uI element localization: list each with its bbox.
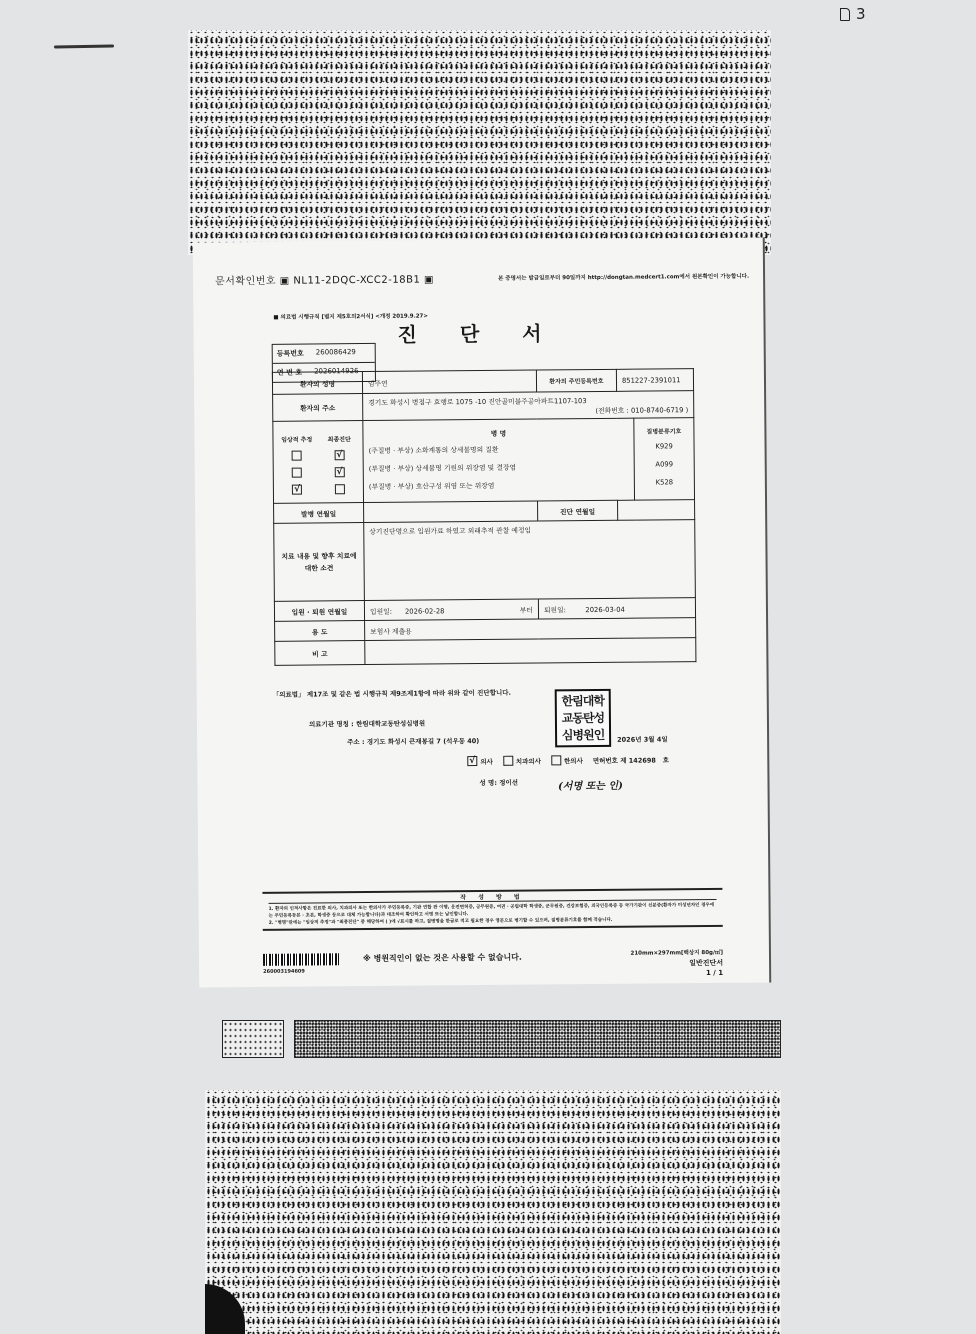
background-pattern-bottom [205, 1090, 781, 1334]
licence-line: √의사치과의사한의사 면허번호 제 142698 호 [467, 754, 669, 766]
diagnosis-item: (부질병 · 부상) 호산구성 위염 또는 위장염 [369, 474, 629, 494]
provisional-checkbox-3: √ [292, 485, 302, 495]
barcode [263, 953, 339, 966]
patient-address-label: 환자의 주소 [273, 394, 363, 422]
document-confirm-id: 문서확인번호 ▣ NL11-2DQC-XCC2-18B1 ▣ [215, 270, 434, 287]
diagnosis-code: K528 [640, 473, 689, 491]
confirm-line: 문서확인번호 ▣ NL11-2DQC-XCC2-18B1 ▣ 본 증명서는 발급… [215, 268, 749, 288]
document-footer: 260003194609 ※ 병원직인이 없는 것은 사용할 수 없습니다. 2… [263, 950, 723, 954]
remarks-label: 비 고 [275, 641, 365, 666]
dark-blot [205, 1284, 245, 1334]
page-counter: 3 [840, 5, 866, 23]
licence-checkbox [551, 755, 561, 765]
opinion-label: 치료 내용 및 향후 치료에 대한 소견 [274, 523, 365, 602]
diagnosis-codes: 질병분류기호 K929A099K528 [634, 418, 695, 501]
hospital-name: 의료기관 명칭 : 한림대학교동탄성심병원 [309, 719, 425, 729]
paper-spec: 210mm×297mm[백상지 80g/㎡] 일반진단서 1 / 1 [630, 948, 723, 979]
licence-number: 면허번호 제 142698 호 [593, 755, 669, 765]
patient-rrn-label: 환자의 주민등록번호 [536, 369, 616, 392]
opinion: 상기진단명으로 입원가료 하였고 외래추적 관찰 예정임 [364, 520, 696, 601]
doctor-name: 성 명: 정이선 [479, 778, 518, 793]
diagnosis-code: K929 [639, 437, 688, 455]
reg-no: 260086429 [316, 348, 356, 358]
purpose-label: 용 도 [275, 621, 365, 642]
security-pattern [222, 1020, 781, 1058]
licence-option: 치과의사 [503, 755, 541, 765]
diagnosis-item: (부질병 · 부상) 상세불명 기원의 위장염 및 결장염 [369, 456, 629, 476]
page-icon [840, 8, 850, 21]
security-mark-small [222, 1020, 284, 1058]
provisional-checkbox-2 [292, 468, 302, 478]
diagnosis-code: A099 [640, 455, 689, 473]
remarks [365, 638, 696, 665]
diagnosis-date [617, 500, 694, 521]
legal-statement: 「의료법」 제17조 및 같은 법 시행규칙 제9조제1항에 따라 위와 같이 … [273, 688, 511, 699]
certificate-table: 환자의 성명 임주연 환자의 주민등록번호 851227-2391011 환자의… [272, 368, 697, 666]
patient-name-label: 환자의 성명 [272, 372, 362, 395]
admission-label: 입원 · 퇴원 연월일 [274, 601, 364, 622]
diagnosis-item: (주질병 · 부상) 소화계통의 상세불명의 질환 [368, 438, 628, 458]
licence-option: √의사 [467, 756, 493, 766]
onset-date [364, 501, 538, 523]
background-pattern-top [188, 30, 771, 255]
diagnosis-checkboxes: 임상적 추정 최종진단 √√√ [273, 421, 364, 504]
patient-name: 임주연 [362, 370, 536, 394]
provisional-checkbox-1 [292, 451, 302, 461]
admission-date: 입원일: 2026-02-28 부터 [364, 599, 538, 621]
diagnosis-names: 병 명 (주질병 · 부상) 소화계통의 상세불명의 질환(부질병 · 부상) … [363, 418, 635, 502]
barcode-number: 260003194609 [263, 969, 305, 975]
final-checkbox-1: √ [334, 450, 344, 460]
signature: (서명 또는 인) [558, 777, 623, 793]
discharge-date: 퇴원일: 2026-03-04 [538, 598, 695, 619]
hospital-address: 주소 : 경기도 화성시 큰재봉길 7 (석우동 40) [347, 736, 479, 746]
licence-option: 한의사 [551, 755, 583, 765]
licence-checkbox: √ [467, 756, 477, 766]
confirm-note: 본 증명서는 발급일로부터 90일까지 http://dongtan.medce… [498, 271, 749, 281]
diagnosis-date-label: 진단 연월일 [537, 500, 617, 521]
diagnosis-certificate: 문서확인번호 ▣ NL11-2DQC-XCC2-18B1 ▣ 본 증명서는 발급… [193, 238, 771, 988]
reg-no-label: 등록번호 [277, 349, 304, 359]
patient-rrn: 851227-2391011 [616, 369, 693, 392]
hospital-seal: 한림대학교동탄성심병원인 [555, 689, 612, 747]
seal-warning: ※ 병원직인이 없는 것은 사용할 수 없습니다. [363, 952, 522, 964]
final-checkbox-3 [335, 484, 345, 494]
doctor-line: 성 명: 정이선 (서명 또는 인) [479, 777, 622, 793]
pen-mark [54, 44, 114, 48]
licence-checkbox [503, 756, 513, 766]
onset-date-label: 발병 연월일 [274, 503, 364, 524]
writing-guide: 작 성 방 법 1. 환자의 인적사항은 진료한 의사, 치과의사 또는 한의사… [262, 888, 722, 931]
patient-address: 경기도 화성시 병점구 효행로 1075 -10 진안골미블주공아파트1107-… [363, 391, 694, 421]
final-checkbox-2: √ [334, 467, 344, 477]
page-count: 3 [856, 5, 866, 23]
issue-date: 2026년 3월 4일 [617, 734, 668, 743]
security-mark-band [294, 1020, 781, 1058]
